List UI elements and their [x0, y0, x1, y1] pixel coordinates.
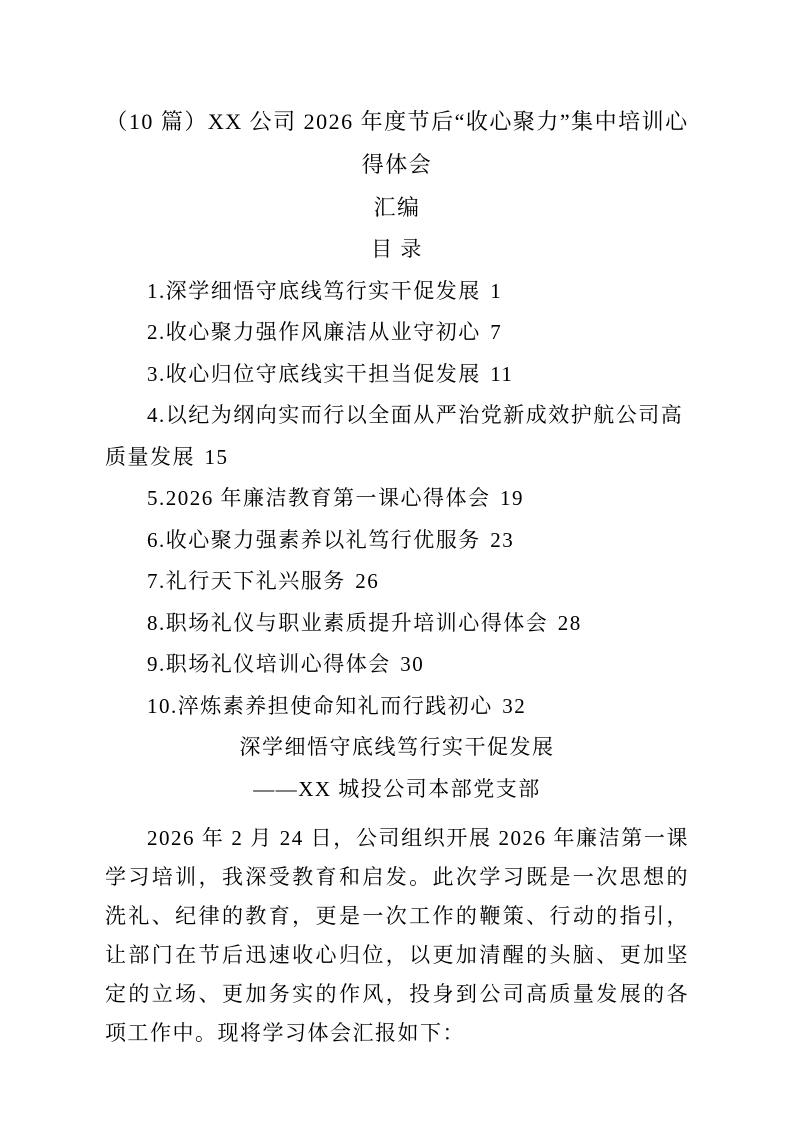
toc-item-label: 3.收心归位守底线实干担当促发展 [147, 362, 481, 386]
toc-item-page: 19 [500, 486, 524, 510]
toc-item-label: 1.深学细悟守底线笃行实干促发展 [147, 279, 481, 303]
toc-item-label: 8.职场礼仪与职业素质提升培训心得体会 [147, 611, 548, 635]
toc-item[interactable]: 3.收心归位守底线实干担当促发展11 [105, 354, 689, 396]
toc-item-page: 32 [502, 694, 526, 718]
toc-item-page: 11 [490, 362, 513, 386]
toc-item-label: 6.收心聚力强素养以礼笃行优服务 [147, 528, 481, 552]
toc-heading: 目 录 [105, 229, 689, 271]
toc-item-page: 26 [355, 569, 379, 593]
toc-item-label: 9.职场礼仪培训心得体会 [147, 652, 391, 676]
toc-item-page: 15 [204, 445, 228, 469]
toc-item[interactable]: 5.2026 年廉洁教育第一课心得体会19 [105, 478, 689, 520]
toc-item[interactable]: 4.以纪为纲向实而行以全面从严治党新成效护航公司高质量发展15 [105, 395, 689, 478]
toc-item[interactable]: 1.深学细悟守底线笃行实干促发展1 [105, 271, 689, 313]
toc-list: 1.深学细悟守底线笃行实干促发展1 2.收心聚力强作风廉洁从业守初心7 3.收心… [105, 271, 689, 728]
article-heading: 深学细悟守底线笃行实干促发展 [105, 727, 689, 769]
toc-item-page: 28 [558, 611, 582, 635]
toc-item-page: 30 [400, 652, 424, 676]
toc-item-label: 5.2026 年廉洁教育第一课心得体会 [147, 486, 491, 510]
toc-item-label: 10.淬炼素养担使命知礼而行践初心 [147, 694, 493, 718]
toc-item[interactable]: 10.淬炼素养担使命知礼而行践初心32 [105, 686, 689, 728]
toc-item-page: 7 [490, 320, 502, 344]
toc-item[interactable]: 2.收心聚力强作风廉洁从业守初心7 [105, 312, 689, 354]
article-byline: ——XX 城投公司本部党支部 [105, 769, 689, 811]
toc-item-label: 2.收心聚力强作风廉洁从业守初心 [147, 320, 481, 344]
toc-item-page: 23 [490, 528, 514, 552]
document-title-line1: （10 篇）XX 公司 2026 年度节后“收心聚力”集中培训心得体会 [105, 100, 689, 186]
toc-item[interactable]: 6.收心聚力强素养以礼笃行优服务23 [105, 520, 689, 562]
article-paragraph: 2026 年 2 月 24 日，公司组织开展 2026 年廉洁第一课学习培训，我… [105, 819, 689, 1053]
document-page: （10 篇）XX 公司 2026 年度节后“收心聚力”集中培训心得体会 汇编 目… [0, 0, 793, 1122]
toc-item-page: 1 [490, 279, 502, 303]
toc-item[interactable]: 9.职场礼仪培训心得体会30 [105, 644, 689, 686]
document-title: （10 篇）XX 公司 2026 年度节后“收心聚力”集中培训心得体会 汇编 [105, 100, 689, 229]
toc-item-label: 4.以纪为纲向实而行以全面从严治党新成效护航公司高质量发展 [105, 403, 683, 469]
toc-item[interactable]: 7.礼行天下礼兴服务26 [105, 561, 689, 603]
toc-item-label: 7.礼行天下礼兴服务 [147, 569, 346, 593]
toc-item[interactable]: 8.职场礼仪与职业素质提升培训心得体会28 [105, 603, 689, 645]
document-title-line2: 汇编 [105, 186, 689, 229]
